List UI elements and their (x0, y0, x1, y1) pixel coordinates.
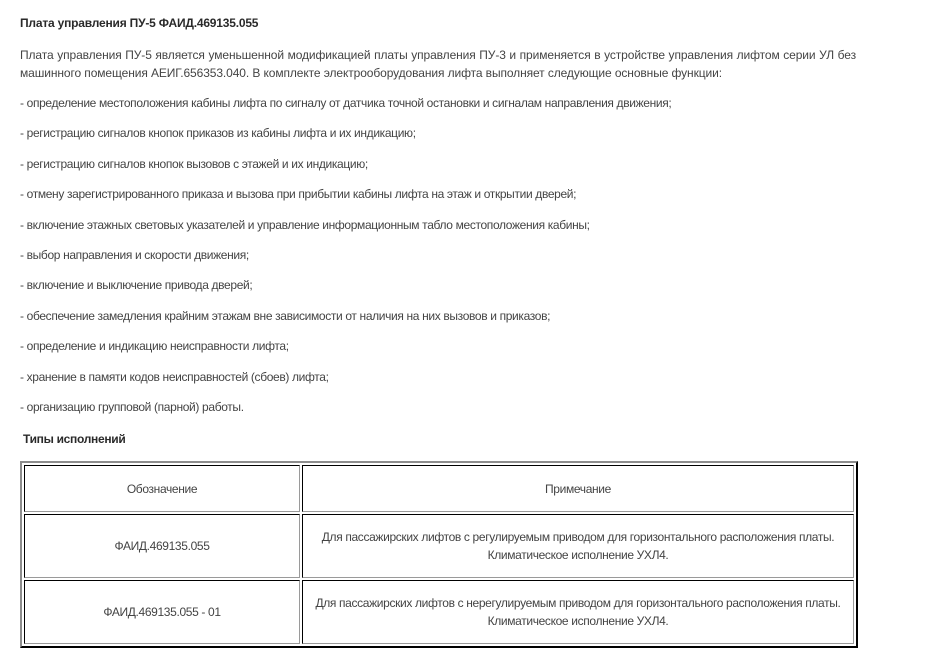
list-item: - организацию групповой (парной) работы. (20, 399, 671, 429)
table-row: ФАИД.469135.055 Для пассажирских лифтов … (24, 514, 854, 578)
table-header-row: Обозначение Примечание (24, 465, 854, 512)
page-title: Плата управления ПУ-5 ФАИД.469135.055 (20, 16, 258, 30)
cell-designation: ФАИД.469135.055 (24, 514, 300, 578)
list-item: - обеспечение замедления крайним этажам … (20, 308, 671, 338)
list-item: - выбор направления и скорости движения; (20, 247, 671, 277)
types-table: Обозначение Примечание ФАИД.469135.055 Д… (20, 461, 858, 648)
header-note: Примечание (302, 465, 854, 512)
header-designation: Обозначение (24, 465, 300, 512)
list-item: - определение местоположения кабины лифт… (20, 95, 671, 125)
list-item: - включение этажных световых указателей … (20, 217, 671, 247)
list-item: - регистрацию сигналов кнопок приказов и… (20, 125, 671, 155)
functions-list: - определение местоположения кабины лифт… (20, 95, 671, 429)
list-item: - хранение в памяти кодов неисправностей… (20, 369, 671, 399)
cell-designation: ФАИД.469135.055 - 01 (24, 580, 300, 644)
table-row: ФАИД.469135.055 - 01 Для пассажирских ли… (24, 580, 854, 644)
note-line: Климатическое исполнение УХЛ4. (309, 546, 847, 564)
cell-note: Для пассажирских лифтов с регулируемым п… (302, 514, 854, 578)
note-line: Климатическое исполнение УХЛ4. (309, 612, 847, 630)
note-line: Для пассажирских лифтов с регулируемым п… (309, 528, 847, 546)
list-item: - определение и индикацию неисправности … (20, 338, 671, 368)
cell-note: Для пассажирских лифтов с нерегулируемым… (302, 580, 854, 644)
intro-paragraph: Плата управления ПУ-5 является уменьшенн… (20, 46, 856, 82)
note-line: Для пассажирских лифтов с нерегулируемым… (309, 594, 847, 612)
types-heading: Типы исполнений (23, 432, 125, 446)
list-item: - включение и выключение привода дверей; (20, 277, 671, 307)
list-item: - отмену зарегистрированного приказа и в… (20, 186, 671, 216)
list-item: - регистрацию сигналов кнопок вызовов с … (20, 156, 671, 186)
